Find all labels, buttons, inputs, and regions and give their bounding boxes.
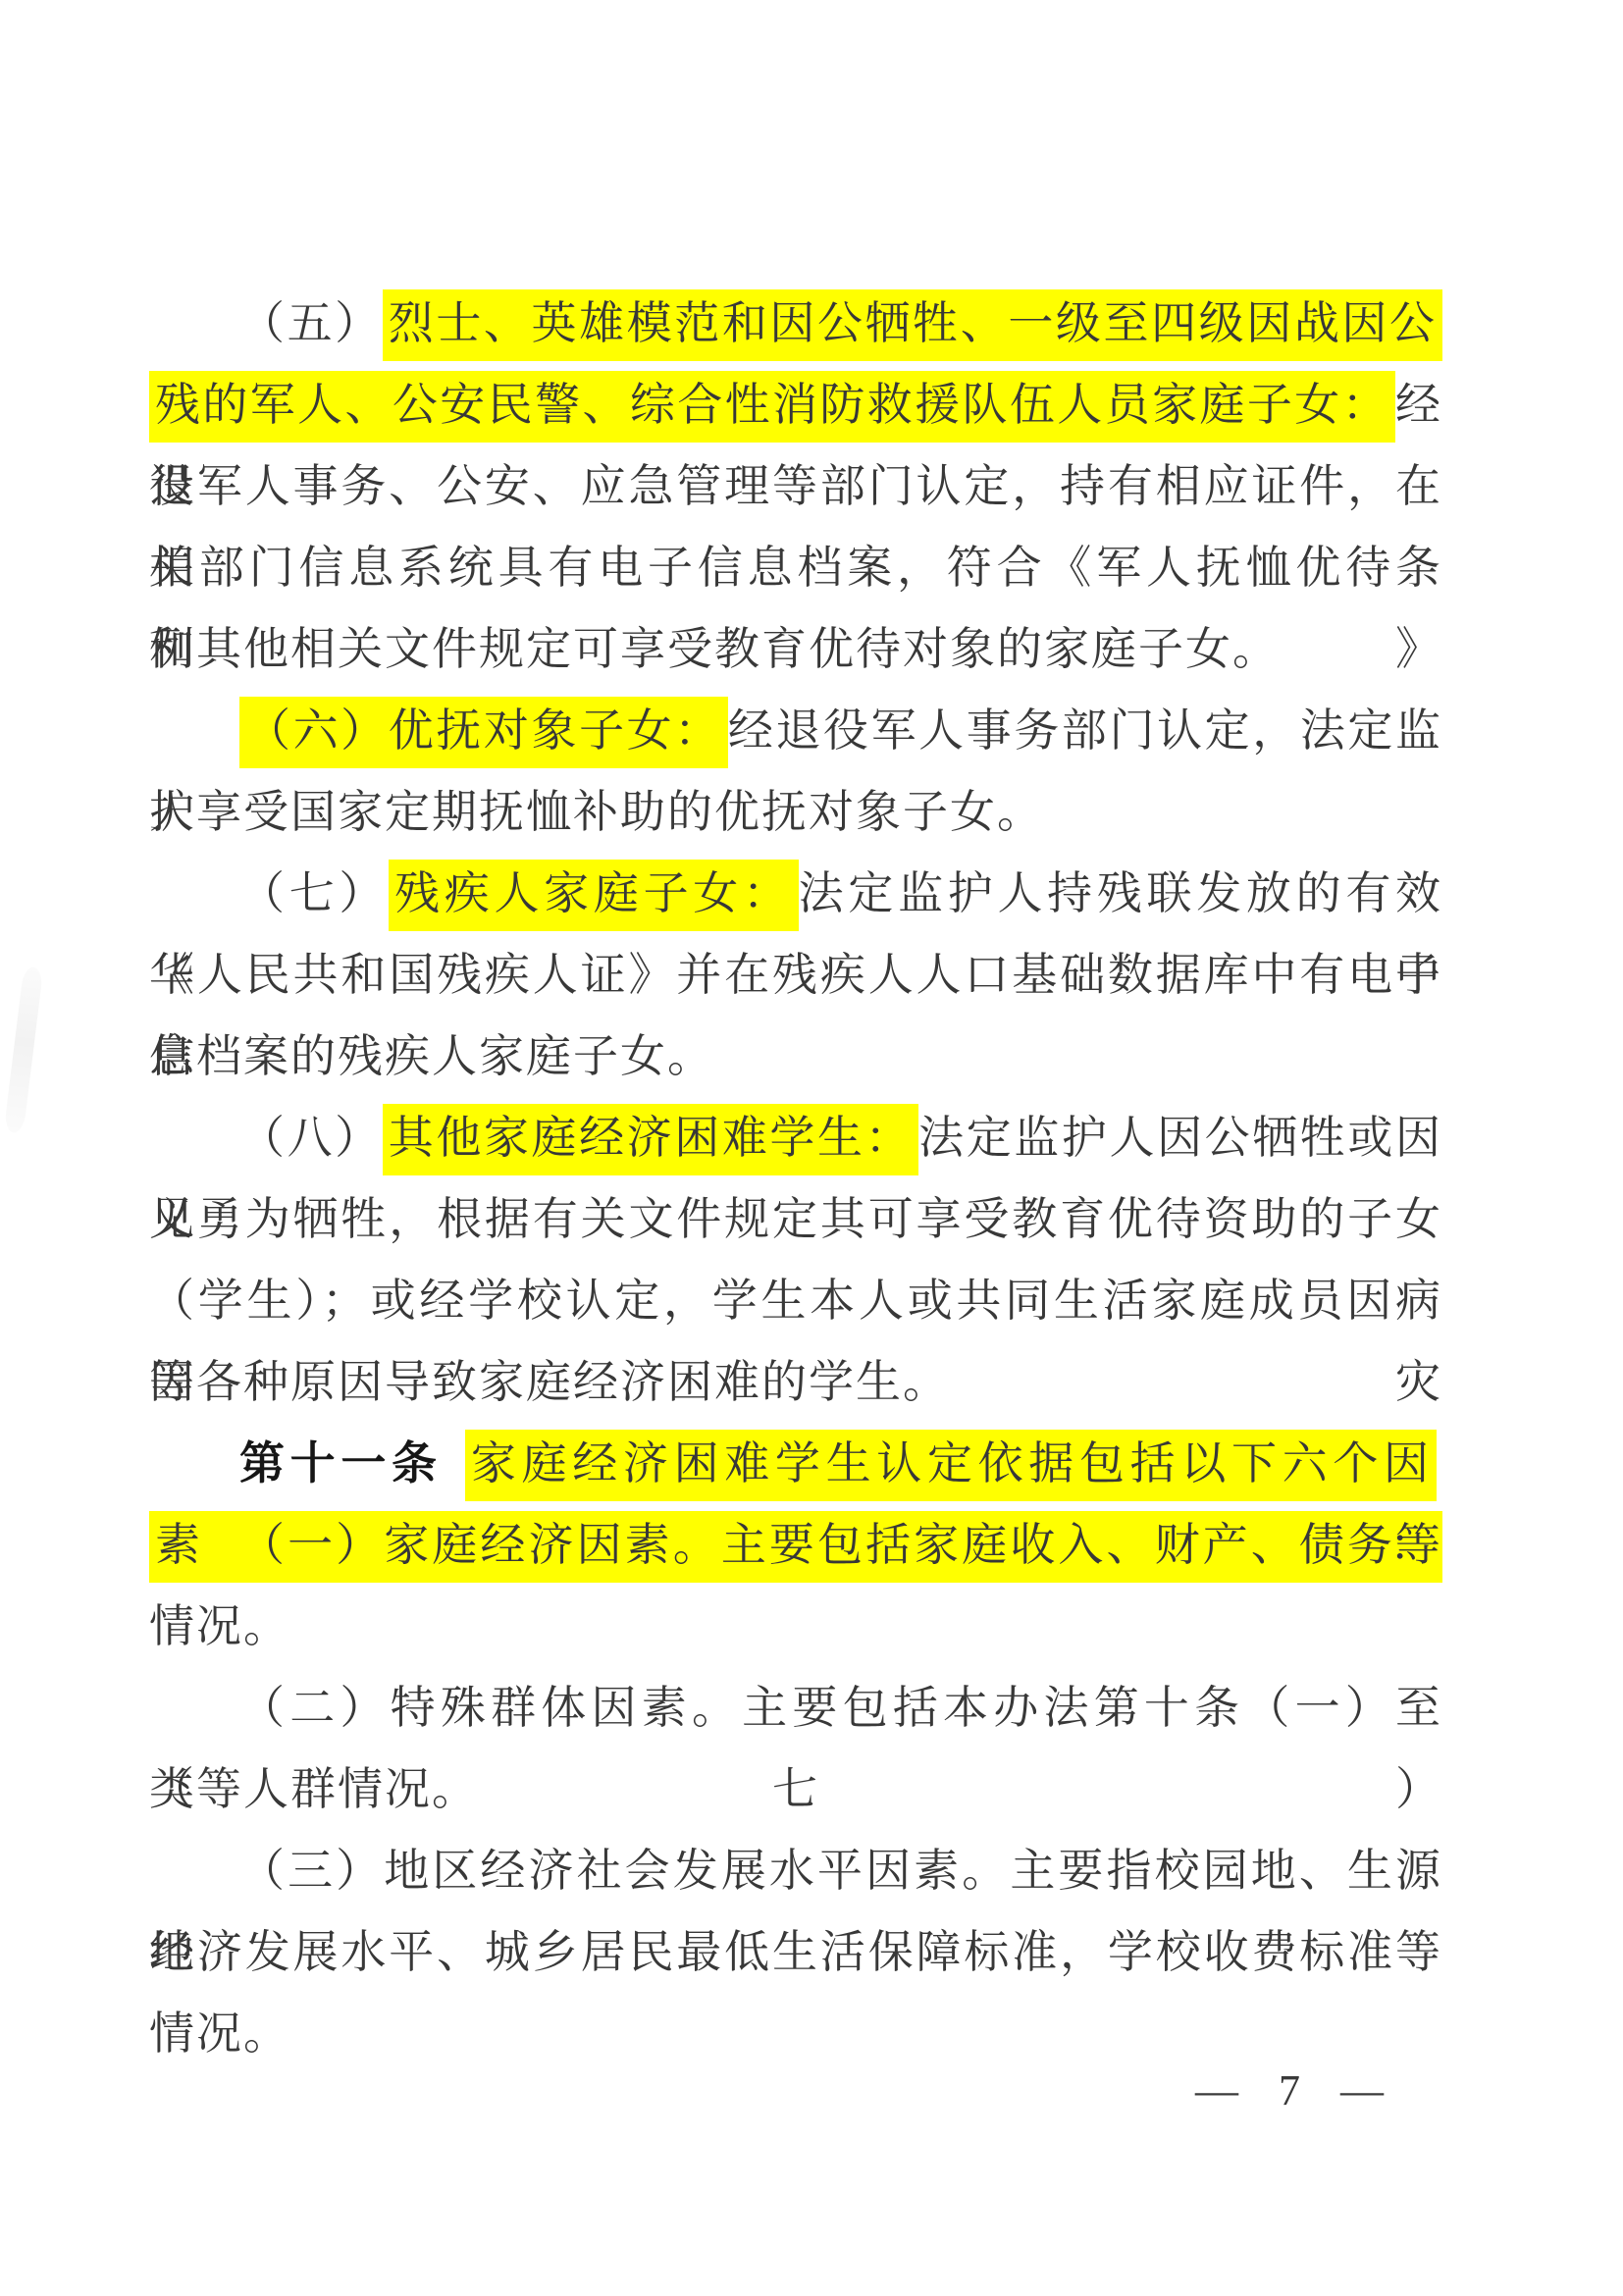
text-line: 残的军人、公安民警、综合性消防救援队伍人员家庭子女：经退 bbox=[149, 364, 1442, 445]
body-text: 等各种原因导致家庭经济困难的学生。 bbox=[149, 1357, 950, 1407]
article-number-bold: 第十一条 bbox=[239, 1437, 443, 1488]
text-line: （六）优抚对象子女：经退役军人事务部门认定，法定监护 bbox=[149, 690, 1442, 771]
body-text: 情况。 bbox=[149, 1601, 290, 1651]
body-text: 人享受国家定期抚恤补助的优抚对象子女。 bbox=[149, 787, 1044, 837]
text-line: （一）家庭经济因素。主要包括家庭收入、财产、债务等 bbox=[149, 1504, 1442, 1586]
text-line: 情况。 bbox=[149, 1586, 1442, 1667]
scan-smudge-artifact bbox=[4, 965, 44, 1133]
text-line: 第十一条 家庭经济困难学生认定依据包括以下六个因素： bbox=[149, 1423, 1442, 1504]
body-text: 情况。 bbox=[149, 2009, 290, 2059]
text-line: （八）其他家庭经济困难学生：法定监护人因公牺牲或因见 bbox=[149, 1097, 1442, 1178]
highlighted-text: （六）优抚对象子女： bbox=[239, 697, 728, 768]
document-page: （五）烈士、英雄模范和因公牺牲、一级至四级因战因公伤残的军人、公安民警、综合性消… bbox=[0, 0, 1623, 2296]
text-line: 义勇为牺牲，根据有关文件规定其可享受教育优待资助的子女 bbox=[149, 1178, 1442, 1260]
highlighted-text: 其他家庭经济困难学生： bbox=[383, 1104, 918, 1175]
text-line: 经济发展水平、城乡居民最低生活保障标准，学校收费标准等 bbox=[149, 1911, 1442, 1993]
text-line: 关部门信息系统具有电子信息档案，符合《军人抚恤优待条例》 bbox=[149, 527, 1442, 608]
body-text: 和其他相关文件规定可享受教育优待对象的家庭子女。 bbox=[149, 624, 1280, 674]
body-text: 义勇为牺牲，根据有关文件规定其可享受教育优待资助的子女 bbox=[149, 1194, 1442, 1244]
body-text: （五） bbox=[239, 298, 383, 348]
text-line: （学生）；或经学校认定，学生本人或共同生活家庭成员因病因灾 bbox=[149, 1260, 1442, 1341]
body-text: （八） bbox=[239, 1113, 383, 1163]
text-line: 情况。 bbox=[149, 1993, 1442, 2074]
body-text: 类等人群情况。 bbox=[149, 1764, 479, 1814]
text-line: 息档案的残疾人家庭子女。 bbox=[149, 1016, 1442, 1097]
text-line: （二）特殊群体因素。主要包括本办法第十条（一）至（七） bbox=[149, 1667, 1442, 1748]
body-text bbox=[448, 1438, 465, 1488]
body-text: （七） bbox=[239, 868, 389, 918]
text-line: 和其他相关文件规定可享受教育优待对象的家庭子女。 bbox=[149, 608, 1442, 690]
text-line: 人享受国家定期抚恤补助的优抚对象子女。 bbox=[149, 771, 1442, 853]
text-line: 役军人事务、公安、应急管理等部门认定，持有相应证件，在相 bbox=[149, 445, 1442, 527]
text-line: （五）烈士、英雄模范和因公牺牲、一级至四级因战因公伤 bbox=[149, 283, 1442, 364]
page-number: — 7 — bbox=[1195, 2066, 1391, 2115]
text-line: （三）地区经济社会发展水平因素。主要指校园地、生源地 bbox=[149, 1830, 1442, 1911]
document-body: （五）烈士、英雄模范和因公牺牲、一级至四级因战因公伤残的军人、公安民警、综合性消… bbox=[149, 283, 1442, 2074]
highlighted-text: 残疾人家庭子女： bbox=[389, 860, 799, 931]
text-line: 华人民共和国残疾人证》并在残疾人人口基础数据库中有电子信 bbox=[149, 934, 1442, 1016]
body-text: 经济发展水平、城乡居民最低生活保障标准，学校收费标准等 bbox=[149, 1927, 1442, 1977]
body-text: （一）家庭经济因素。主要包括家庭收入、财产、债务等 bbox=[239, 1520, 1442, 1570]
text-line: （七）残疾人家庭子女：法定监护人持残联发放的有效《中 bbox=[149, 853, 1442, 934]
highlighted-text: 残的军人、公安民警、综合性消防救援队伍人员家庭子女： bbox=[149, 371, 1395, 443]
body-text: 息档案的残疾人家庭子女。 bbox=[149, 1031, 714, 1081]
